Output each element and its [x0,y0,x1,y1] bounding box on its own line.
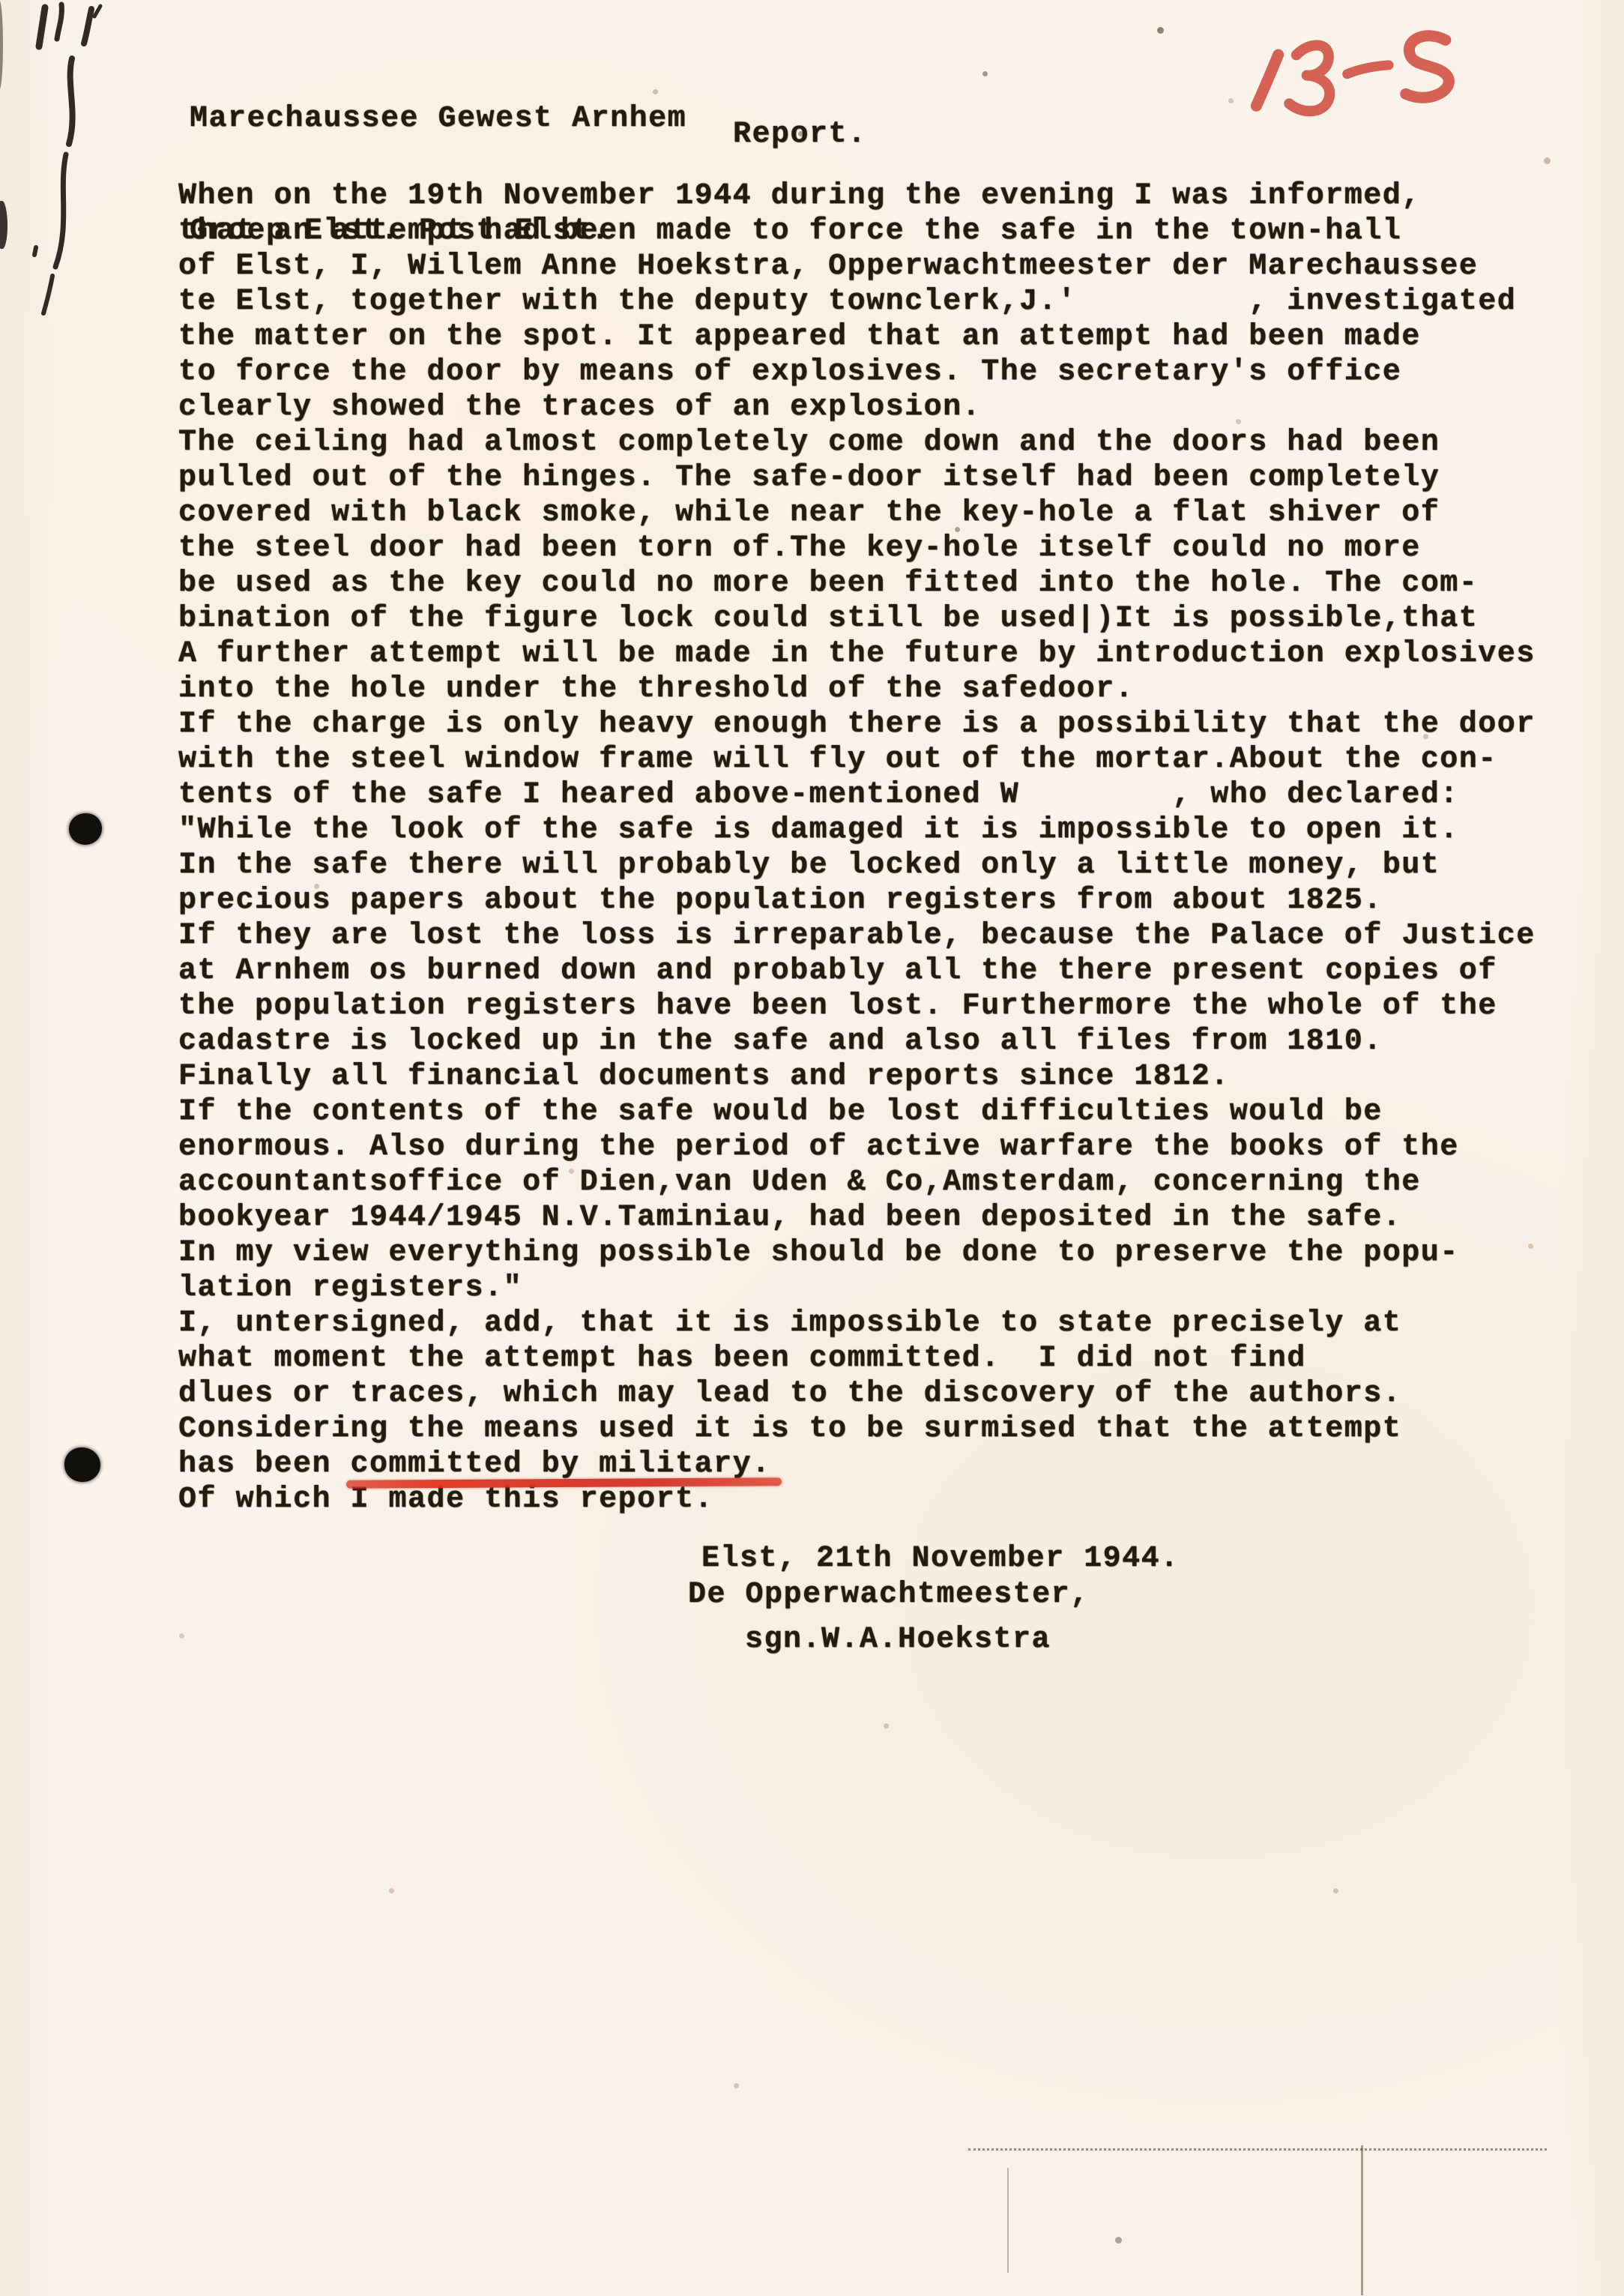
body-line: When on the 19th November 1944 during th… [178,178,1536,214]
scan-artifact-dotted-line [968,2148,1547,2151]
body-line: I, untersigned, add, that it is impossib… [178,1306,1536,1341]
body-line: A further attempt will be made in the fu… [178,636,1536,672]
body-line: to force the door by means of explosives… [178,355,1536,390]
body-line: clearly showed the traces of an explosio… [178,390,1536,425]
body-line: dlues or traces, which may lead to the d… [178,1376,1536,1411]
letterhead-line-1: Marechaussee Gewest Arnhem [190,100,686,138]
scan-artifact-vertical-line [1007,2168,1009,2273]
signature-role: De Opperwachtmeester, [688,1577,1090,1612]
body-line: The ceiling had almost completely come d… [178,425,1536,460]
body-line: bination of the figure lock could still … [178,601,1536,636]
body-line: accountantsoffice of Dien,van Uden & Co,… [178,1165,1536,1200]
punch-hole-bottom [64,1447,100,1482]
body-line: at Arnhem os burned down and probably al… [178,953,1536,989]
red-underlined-text: committed by military. [351,1447,771,1481]
scan-edge-shadow [0,0,3,90]
body-line: In my view everything possible should be… [178,1235,1536,1271]
body-line: bookyear 1944/1945 N.V.Taminiau, had bee… [178,1200,1536,1235]
body-line: be used as the key could no more been fi… [178,566,1536,601]
punch-hole-top [69,813,102,845]
handwritten-annotation-13s [1231,13,1479,142]
report-title: Report. [733,117,867,153]
signature-place-date: Elst, 21th November 1944. [701,1541,1180,1576]
ink-scribble-marks [13,0,178,330]
body-line: enormous. Also during the period of acti… [178,1130,1536,1165]
body-line: into the hole under the threshold of the… [178,672,1536,707]
body-line: If the charge is only heavy enough there… [178,707,1536,742]
body-line-text: has been [178,1447,351,1481]
body-line: the population registers have been lost.… [178,989,1536,1024]
body-line: the steel door had been torn of.The key-… [178,531,1536,566]
body-line: lation registers." [178,1271,1536,1306]
body-line: Considering the means used it is to be s… [178,1411,1536,1447]
body-line: cadastre is locked up in the safe and al… [178,1024,1536,1059]
body-line: If they are lost the loss is irreparable… [178,918,1536,953]
body-line: precious papers about the population reg… [178,883,1536,918]
body-line: tents of the safe I heared above-mention… [178,777,1536,813]
body-line: the matter on the spot. It appeared that… [178,319,1536,355]
body-line: of Elst, I, Willem Anne Hoekstra, Opperw… [178,249,1536,284]
scanned-report-page: Marechaussee Gewest Arnhem Groep Elst. P… [0,0,1624,2296]
body-line: pulled out of the hinges. The safe-door … [178,460,1536,495]
signature-name: sgn.W.A.Hoekstra [745,1622,1051,1657]
scan-artifact-vertical-line-2 [1361,2145,1363,2295]
paper-speckles [0,0,4,4]
body-line: has been committed by military. [178,1447,1536,1482]
body-line: te Elst, together with the deputy towncl… [178,284,1536,319]
body-line: Finally all financial documents and repo… [178,1059,1536,1094]
body-line: If the contents of the safe would be los… [178,1094,1536,1130]
report-body: When on the 19th November 1944 during th… [178,178,1536,1517]
body-line: In the safe there will probably be locke… [178,848,1536,883]
body-line: with the steel window frame will fly out… [178,742,1536,777]
body-line: what moment the attempt has been committ… [178,1341,1536,1376]
scan-edge-smudge [0,201,7,249]
body-line: covered with black smoke, while near the… [178,495,1536,531]
body-line: "While the look of the safe is damaged i… [178,813,1536,848]
body-line: that an attempt had been made to force t… [178,214,1536,249]
